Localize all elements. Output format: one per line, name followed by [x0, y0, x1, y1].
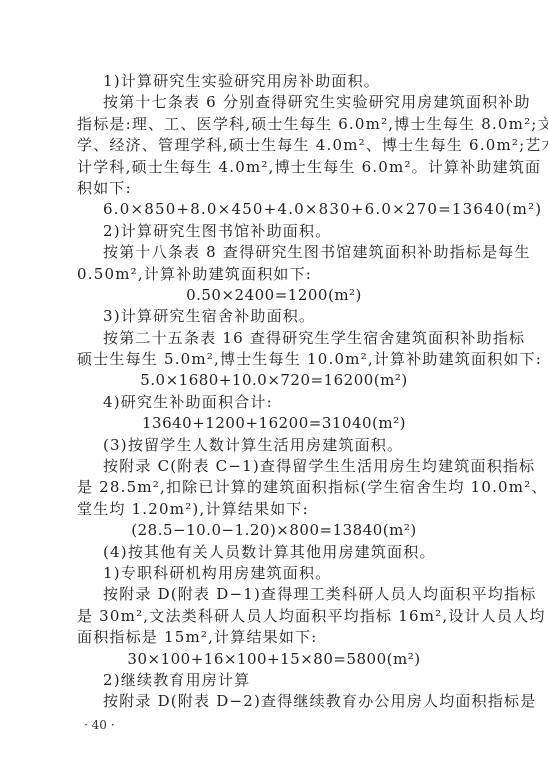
text-line: 3)计算研究生宿舍补助面积。 [77, 306, 471, 327]
formula-line: 5.0×1680+10.0×720=16200(m²) [77, 370, 471, 391]
text-line: 1)计算研究生实验研究用房补助面积。 [77, 71, 471, 92]
text-line: 堂生均 1.20m²),计算结果如下: [77, 499, 471, 520]
text-line: 是 30m²,文法类科研人员人均面积平均指标 16m²,设计人员人均 [77, 606, 471, 627]
text-line: 是 28.5m²,扣除已计算的建筑面积指标(学生宿舍生均 10.0m²、食 [77, 477, 471, 498]
section-heading: (3)按留学生人数计算生活用房建筑面积。 [77, 435, 471, 456]
formula-line: (28.5−10.0−1.20)×800=13840(m²) [77, 520, 471, 541]
page-number: · 40 · [84, 718, 115, 732]
text-line: 4)研究生补助面积合计: [77, 392, 471, 413]
formula-line: 0.50×2400=1200(m²) [77, 285, 471, 306]
text-line: 指标是:理、工、医学科,硕士生每生 6.0m²,博士生每生 8.0m²;文 [77, 114, 471, 135]
formula-line: 13640+1200+16200=31040(m²) [77, 413, 471, 434]
text-line: 2)计算研究生图书馆补助面积。 [77, 221, 471, 242]
text-line: 按附录 D(附表 D−2)查得继续教育办公用房人均面积指标是 [77, 691, 471, 712]
section-heading: (4)按其他有关人员数计算其他用房建筑面积。 [77, 542, 471, 563]
text-line: 按附录 D(附表 D−1)查得理工类科研人员人均面积平均指标 [77, 584, 471, 605]
text-line: 计学科,硕士生每生 4.0m²,博士生每生 6.0m²。计算补助建筑面 [77, 157, 471, 178]
text-line: 按第十七条表 6 分别查得研究生实验研究用房建筑面积补助 [77, 92, 471, 113]
text-line: 2)继续教育用房计算 [77, 670, 471, 691]
formula-line: 6.0×850+8.0×450+4.0×830+6.0×270=13640(m²… [77, 199, 471, 220]
text-line: 硕士生每生 5.0m²,博士生每生 10.0m²,计算补助建筑面积如下: [77, 349, 471, 370]
formula-line: 30×100+16×100+15×80=5800(m²) [77, 649, 471, 670]
document-body: 1)计算研究生实验研究用房补助面积。 按第十七条表 6 分别查得研究生实验研究用… [77, 71, 471, 713]
text-line: 1)专职科研机构用房建筑面积。 [77, 563, 471, 584]
text-line: 按第二十五条表 16 查得研究生学生宿舍建筑面积补助指标 [77, 328, 471, 349]
text-line: 积如下: [77, 178, 471, 199]
text-line: 按附录 C(附表 C−1)查得留学生生活用房生均建筑面积指标 [77, 456, 471, 477]
text-line: 学、经济、管理学科,硕士生每生 4.0m²、博士生每生 6.0m²;艺术设 [77, 135, 471, 156]
text-line: 面积指标是 15m²,计算结果如下: [77, 627, 471, 648]
text-line: 0.50m²,计算补助建筑面积如下: [77, 264, 471, 285]
text-line: 按第十八条表 8 查得研究生图书馆建筑面积补助指标是每生 [77, 242, 471, 263]
